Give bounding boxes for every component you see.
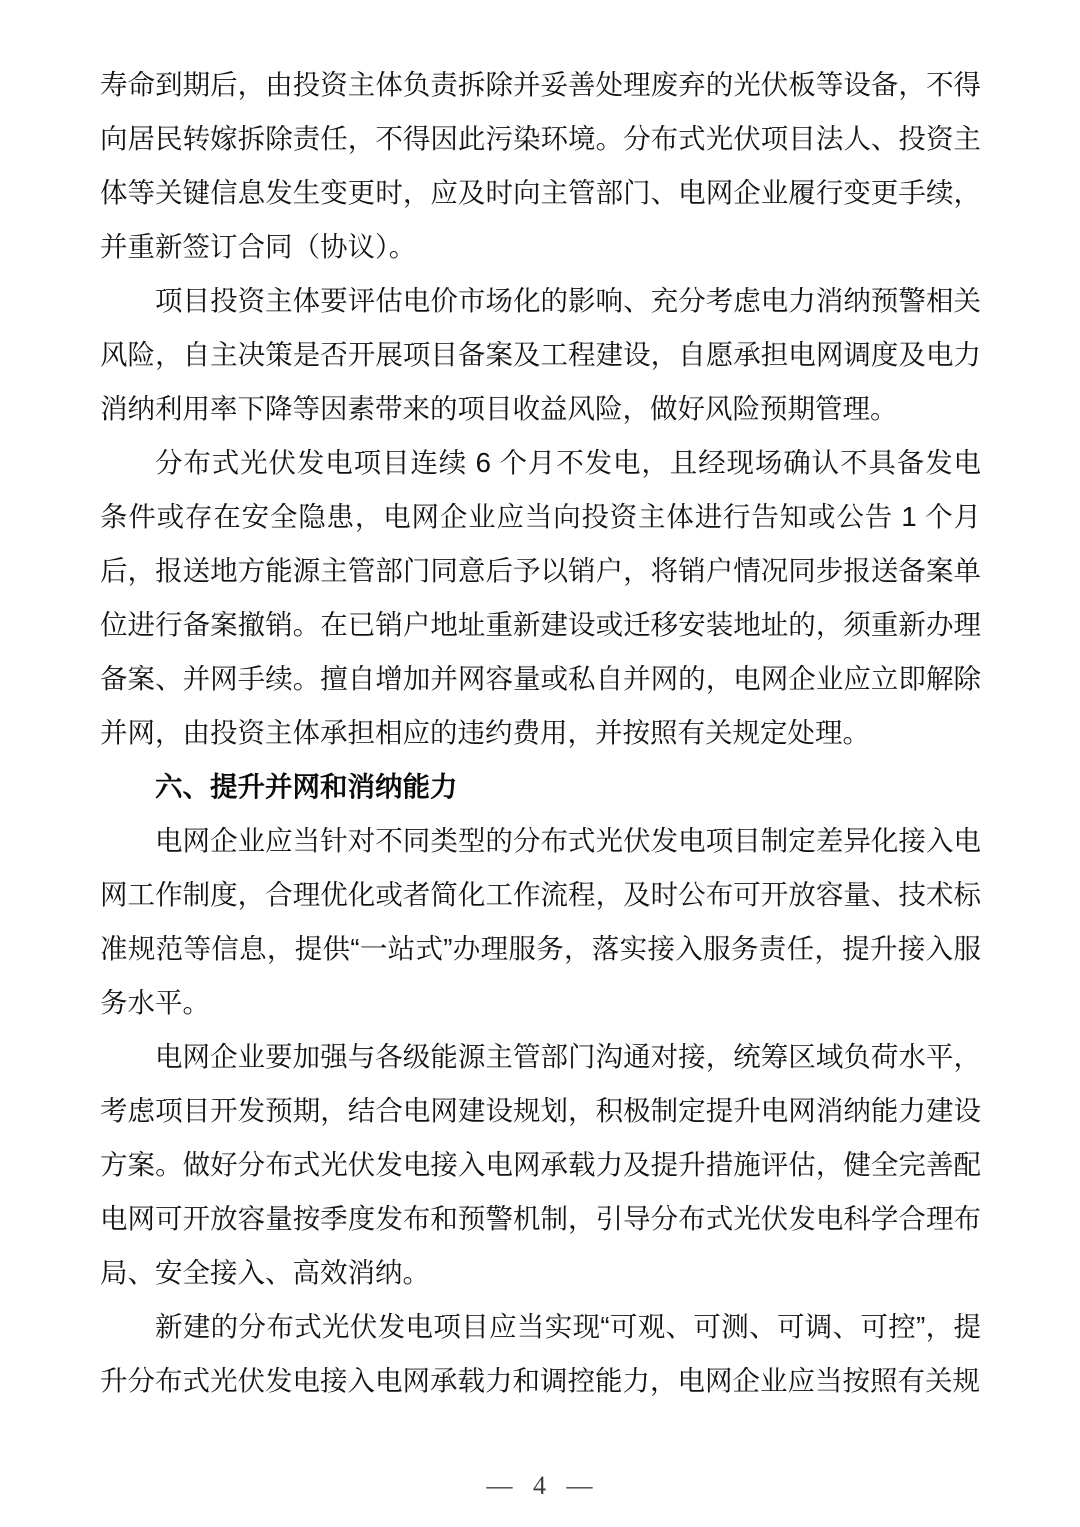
body-paragraph: 新建的分布式光伏发电项目应当实现“可观、可测、可调、可控”，提升分布式光伏发电接… bbox=[100, 1300, 981, 1408]
footer: — 4 — bbox=[0, 1471, 1080, 1501]
text-body: 寿命到期后，由投资主体负责拆除并妥善处理废弃的光伏板等设备，不得向居民转嫁拆除责… bbox=[100, 58, 981, 1408]
document-page: 寿命到期后，由投资主体负责拆除并妥善处理废弃的光伏板等设备，不得向居民转嫁拆除责… bbox=[0, 0, 1080, 1527]
body-paragraph: 寿命到期后，由投资主体负责拆除并妥善处理废弃的光伏板等设备，不得向居民转嫁拆除责… bbox=[100, 58, 981, 274]
section-heading: 六、提升并网和消纳能力 bbox=[100, 760, 981, 814]
page-number: — 4 — bbox=[487, 1471, 594, 1500]
body-paragraph: 电网企业应当针对不同类型的分布式光伏发电项目制定差异化接入电网工作制度，合理优化… bbox=[100, 814, 981, 1030]
body-paragraph: 分布式光伏发电项目连续 6 个月不发电，且经现场确认不具备发电条件或存在安全隐患… bbox=[100, 436, 981, 760]
body-paragraph: 项目投资主体要评估电价市场化的影响、充分考虑电力消纳预警相关风险，自主决策是否开… bbox=[100, 274, 981, 436]
body-paragraph: 电网企业要加强与各级能源主管部门沟通对接，统筹区域负荷水平，考虑项目开发预期，结… bbox=[100, 1030, 981, 1300]
